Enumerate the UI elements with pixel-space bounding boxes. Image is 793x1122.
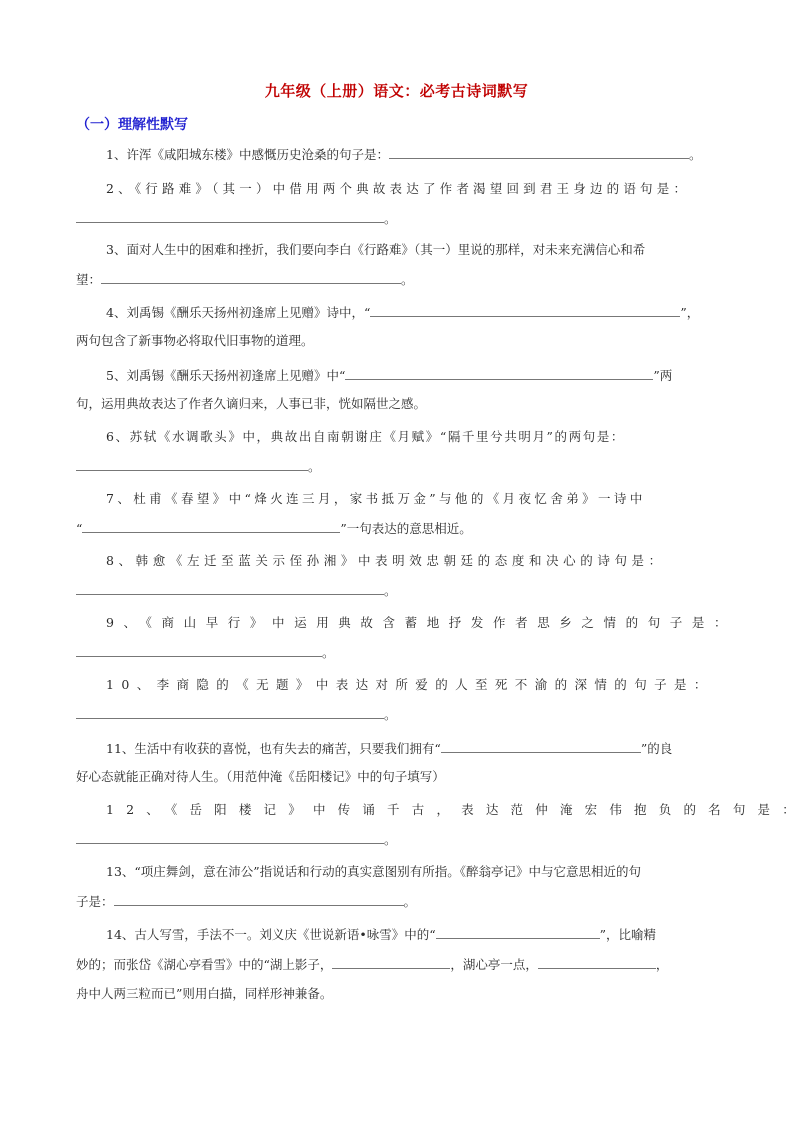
- answer-blank[interactable]: [332, 955, 450, 969]
- question-9: 9、《商山早行》中运用典故含蓄地抒发作者思乡之情的句子是：: [76, 614, 750, 632]
- answer-blank[interactable]: [101, 270, 401, 284]
- question-4: 4、刘禹锡《酬乐天扬州初逢席上见赠》诗中，“”，: [76, 303, 750, 322]
- question-5: 5、刘禹锡《酬乐天扬州初逢席上见赠》中“”两: [76, 366, 750, 385]
- question-8-answer: 。: [76, 581, 720, 600]
- question-14: 14、古人写雪，手法不一。刘义庆《世说新语•咏雪》中的“”，比喻精: [76, 925, 750, 944]
- answer-blank[interactable]: [76, 581, 384, 595]
- question-11-cont: 好心态就能正确对待人生。（用范仲淹《岳阳楼记》中的句子填写）: [76, 768, 720, 786]
- section-heading: （一）理解性默写: [76, 114, 188, 134]
- answer-blank[interactable]: [114, 892, 404, 906]
- question-14-end: 舟中人两三粒而已”则用白描，同样形神兼备。: [76, 985, 720, 1003]
- answer-blank[interactable]: [441, 739, 641, 753]
- question-5-cont: 句，运用典故表达了作者久谪归来，人事已非，恍如隔世之感。: [76, 395, 720, 413]
- answer-blank[interactable]: [76, 457, 308, 471]
- answer-blank[interactable]: [82, 519, 340, 533]
- question-13: 13、“项庄舞剑，意在沛公”指说话和行动的真实意图别有所指。《醉翁亭记》中与它意…: [76, 863, 750, 881]
- question-10-answer: 。: [76, 705, 720, 724]
- answer-blank[interactable]: [76, 209, 384, 223]
- answer-blank[interactable]: [538, 955, 656, 969]
- question-7-answer: “”一句表达的意思相近。: [76, 519, 720, 538]
- question-10: 10、李商隐的《无题》中表达对所爱的人至死不渝的深情的句子是：: [76, 676, 750, 694]
- answer-blank[interactable]: [76, 830, 384, 844]
- question-6: 6、苏轼《水调歌头》中，典故出自南朝谢庄《月赋》“隔千里兮共明月”的两句是：: [76, 428, 750, 446]
- question-6-answer: 。: [76, 457, 720, 476]
- question-7: 7、杜甫《春望》中“烽火连三月，家书抵万金”与他的《月夜忆舍弟》一诗中: [76, 490, 750, 508]
- question-4-cont: 两句包含了新事物必将取代旧事物的道理。: [76, 332, 720, 350]
- question-13-answer: 子是：。: [76, 892, 720, 911]
- question-1: 1、许浑《咸阳城东楼》中感慨历史沧桑的句子是：。: [76, 145, 750, 164]
- answer-blank[interactable]: [370, 303, 680, 317]
- question-12: 12、《岳阳楼记》中传诵千古，表达范仲淹宏伟抱负的名句是：: [76, 801, 750, 819]
- answer-blank[interactable]: [76, 643, 322, 657]
- question-12-answer: 。: [76, 830, 720, 849]
- question-2: 2、《行路难》（其一）中借用两个典故表达了作者渴望回到君王身边的语句是：: [76, 180, 750, 198]
- question-14-cont: 妙的；而张岱《湖心亭看雪》中的“湖上影子，，湖心亭一点，，: [76, 955, 720, 974]
- question-2-answer: 。: [76, 209, 720, 228]
- question-3: 3、面对人生中的困难和挫折，我们要向李白《行路难》（其一）里说的那样，对未来充满…: [76, 241, 750, 259]
- document-title: 九年级（上册）语文：必考古诗词默写: [0, 80, 793, 101]
- question-9-answer: 。: [76, 643, 720, 662]
- document-page: 九年级（上册）语文：必考古诗词默写 （一）理解性默写 1、许浑《咸阳城东楼》中感…: [0, 0, 793, 1122]
- question-8: 8、韩愈《左迁至蓝关示侄孙湘》中表明效忠朝廷的态度和决心的诗句是：: [76, 552, 750, 570]
- answer-blank[interactable]: [436, 925, 600, 939]
- answer-blank[interactable]: [76, 705, 384, 719]
- question-11: 11、生活中有收获的喜悦，也有失去的痛苦，只要我们拥有“”的良: [76, 739, 750, 758]
- answer-blank[interactable]: [389, 145, 689, 159]
- answer-blank[interactable]: [345, 366, 653, 380]
- question-3-answer: 望：。: [76, 270, 720, 289]
